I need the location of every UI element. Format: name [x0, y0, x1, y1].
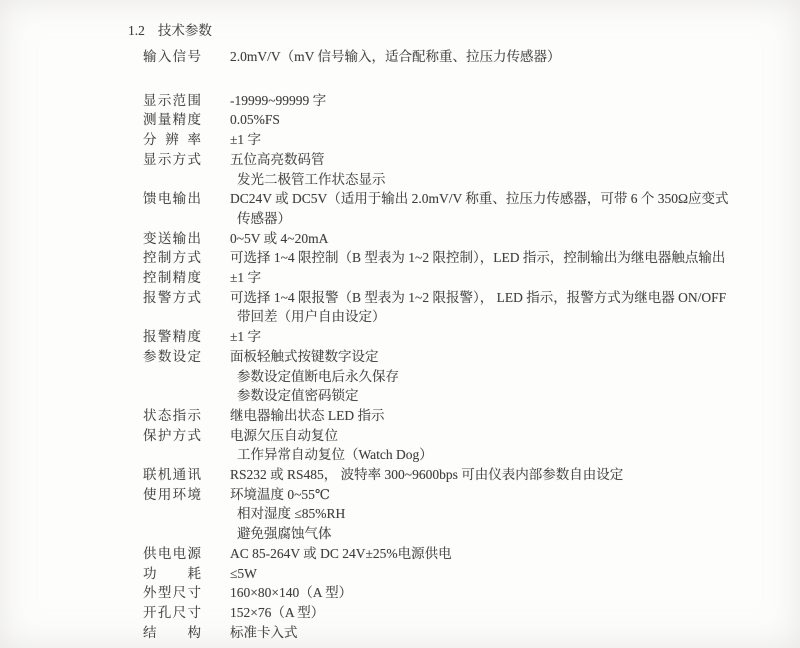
spec-value: 160×80×140（A 型） [230, 583, 786, 603]
spec-label: 控制精度 [143, 268, 201, 288]
spec-value: ±1 字 [230, 327, 786, 347]
spec-value: -19999~99999 字 [230, 91, 786, 111]
spec-value-line: 可选择 1~4 限报警（B 型表为 1~2 限报警）， LED 指示，报警方式为… [230, 288, 786, 308]
section-number: 1.2 [128, 21, 145, 41]
spec-value: 五位高亮数码管发光二极管工作状态显示 [230, 150, 786, 189]
spec-value: 面板轻触式按键数字设定参数设定值断电后永久保存参数设定值密码锁定 [230, 347, 786, 406]
spec-value: 0~5V 或 4~20mA [230, 229, 786, 249]
spec-value-line: 发光二极管工作状态显示 [230, 170, 786, 190]
section-heading: 1.2技术参数 [128, 21, 212, 41]
spec-value-line: ±1 字 [230, 327, 786, 347]
spec-row: 结构标准卡入式 [143, 623, 786, 643]
spec-value-line: ±1 字 [230, 268, 786, 288]
spec-value: 电源欠压自动复位工作异常自动复位（Watch Dog） [230, 426, 786, 465]
spec-row: 显示范围-19999~99999 字 [143, 91, 786, 111]
spec-row: 报警精度±1 字 [143, 327, 786, 347]
spec-value-line: ±1 字 [230, 130, 786, 150]
spec-value-line: 五位高亮数码管 [230, 150, 786, 170]
spec-value: 152×76（A 型） [230, 603, 786, 623]
spec-value: 可选择 1~4 限控制（B 型表为 1~2 限控制），LED 指示，控制输出为继… [230, 248, 786, 268]
spec-row: 测量精度0.05%FS [143, 110, 786, 130]
document-page: 1.2技术参数 输入信号2.0mV/V（mV 信号输入，适合配称重、拉压力传感器… [0, 0, 800, 648]
spec-list: 输入信号2.0mV/V（mV 信号输入，适合配称重、拉压力传感器）显示范围-19… [143, 47, 786, 642]
section-title: 技术参数 [158, 23, 212, 38]
spec-row: 外型尺寸160×80×140（A 型） [143, 583, 786, 603]
spec-value-line: -19999~99999 字 [230, 91, 786, 111]
spec-label: 分辨率 [143, 130, 201, 150]
spec-row: 使用环境环境温度 0~55℃相对湿度 ≤85%RH避免强腐蚀气体 [143, 485, 786, 544]
spec-row: 参数设定面板轻触式按键数字设定参数设定值断电后永久保存参数设定值密码锁定 [143, 347, 786, 406]
spec-value: 0.05%FS [230, 110, 786, 130]
spec-row: 控制精度±1 字 [143, 268, 786, 288]
spec-label: 使用环境 [143, 485, 201, 505]
spec-value-line: 带回差（用户自由设定） [230, 307, 786, 327]
spec-label: 测量精度 [143, 110, 201, 130]
spec-value-line: 可选择 1~4 限控制（B 型表为 1~2 限控制），LED 指示，控制输出为继… [230, 248, 786, 268]
spec-value: ≤5W [230, 564, 786, 584]
spec-value-line: 0~5V 或 4~20mA [230, 229, 786, 249]
spec-row: 馈电输出DC24V 或 DC5V（适用于输出 2.0mV/V 称重、拉压力传感器… [143, 189, 786, 228]
spec-value: AC 85-264V 或 DC 24V±25%电源供电 [230, 544, 786, 564]
spec-value-line: 参数设定值密码锁定 [230, 386, 786, 406]
spec-value: RS232 或 RS485， 波特率 300~9600bps 可由仪表内部参数自… [230, 465, 786, 485]
spec-label: 开孔尺寸 [143, 603, 201, 623]
spec-label: 显示方式 [143, 150, 201, 170]
spec-value-line: 传感器） [230, 209, 786, 229]
spec-label: 外型尺寸 [143, 583, 201, 603]
spec-row: 功耗≤5W [143, 564, 786, 584]
spec-value: 继电器输出状态 LED 指示 [230, 406, 786, 426]
spec-value: ±1 字 [230, 130, 786, 150]
spec-label: 联机通讯 [143, 465, 201, 485]
spec-row: 变送输出0~5V 或 4~20mA [143, 229, 786, 249]
spec-value-line: 标准卡入式 [230, 623, 786, 643]
spec-value-line: 0.05%FS [230, 110, 786, 130]
spec-value-line: 152×76（A 型） [230, 603, 786, 623]
spec-value: 标准卡入式 [230, 623, 786, 643]
spec-row: 保护方式电源欠压自动复位工作异常自动复位（Watch Dog） [143, 426, 786, 465]
spec-label: 输入信号 [143, 47, 201, 67]
spec-value-line: 160×80×140（A 型） [230, 583, 786, 603]
spec-value-line: AC 85-264V 或 DC 24V±25%电源供电 [230, 544, 786, 564]
spec-value-line: 电源欠压自动复位 [230, 426, 786, 446]
spec-label: 功耗 [143, 564, 201, 584]
spec-row: 输入信号2.0mV/V（mV 信号输入，适合配称重、拉压力传感器） [143, 47, 786, 67]
spec-value-line: 相对湿度 ≤85%RH [230, 504, 786, 524]
spec-label: 状态指示 [143, 406, 201, 426]
spec-label: 保护方式 [143, 426, 201, 446]
spec-value: 2.0mV/V（mV 信号输入，适合配称重、拉压力传感器） [230, 47, 786, 67]
spec-row: 控制方式可选择 1~4 限控制（B 型表为 1~2 限控制），LED 指示，控制… [143, 248, 786, 268]
spec-value-line: 面板轻触式按键数字设定 [230, 347, 786, 367]
spec-row: 开孔尺寸152×76（A 型） [143, 603, 786, 623]
spec-row: 状态指示继电器输出状态 LED 指示 [143, 406, 786, 426]
spec-value-line: 环境温度 0~55℃ [230, 485, 786, 505]
spec-label: 报警精度 [143, 327, 201, 347]
spec-row: 分辨率±1 字 [143, 130, 786, 150]
spec-value-line: 避免强腐蚀气体 [230, 524, 786, 544]
spec-value-line: 参数设定值断电后永久保存 [230, 367, 786, 387]
spec-value: 环境温度 0~55℃相对湿度 ≤85%RH避免强腐蚀气体 [230, 485, 786, 544]
spec-row: 显示方式五位高亮数码管发光二极管工作状态显示 [143, 150, 786, 189]
spec-label: 参数设定 [143, 347, 201, 367]
spec-value: ±1 字 [230, 268, 786, 288]
spec-value: DC24V 或 DC5V（适用于输出 2.0mV/V 称重、拉压力传感器，可带 … [230, 189, 786, 228]
spec-value-line: 2.0mV/V（mV 信号输入，适合配称重、拉压力传感器） [230, 47, 786, 67]
spec-value-line: 工作异常自动复位（Watch Dog） [230, 445, 786, 465]
spec-row: 报警方式可选择 1~4 限报警（B 型表为 1~2 限报警）， LED 指示，报… [143, 288, 786, 327]
spec-label: 显示范围 [143, 91, 201, 111]
spec-label: 供电电源 [143, 544, 201, 564]
spec-label: 馈电输出 [143, 189, 201, 209]
spec-label: 变送输出 [143, 229, 201, 249]
spec-row: 联机通讯RS232 或 RS485， 波特率 300~9600bps 可由仪表内… [143, 465, 786, 485]
spec-value: 可选择 1~4 限报警（B 型表为 1~2 限报警）， LED 指示，报警方式为… [230, 288, 786, 327]
spec-value-line: ≤5W [230, 564, 786, 584]
spec-label: 结构 [143, 623, 201, 643]
spec-value-line: DC24V 或 DC5V（适用于输出 2.0mV/V 称重、拉压力传感器，可带 … [230, 189, 786, 209]
spec-value-line: 继电器输出状态 LED 指示 [230, 406, 786, 426]
spec-label: 报警方式 [143, 288, 201, 308]
spec-label: 控制方式 [143, 248, 201, 268]
spec-row: 供电电源AC 85-264V 或 DC 24V±25%电源供电 [143, 544, 786, 564]
spec-value-line: RS232 或 RS485， 波特率 300~9600bps 可由仪表内部参数自… [230, 465, 786, 485]
